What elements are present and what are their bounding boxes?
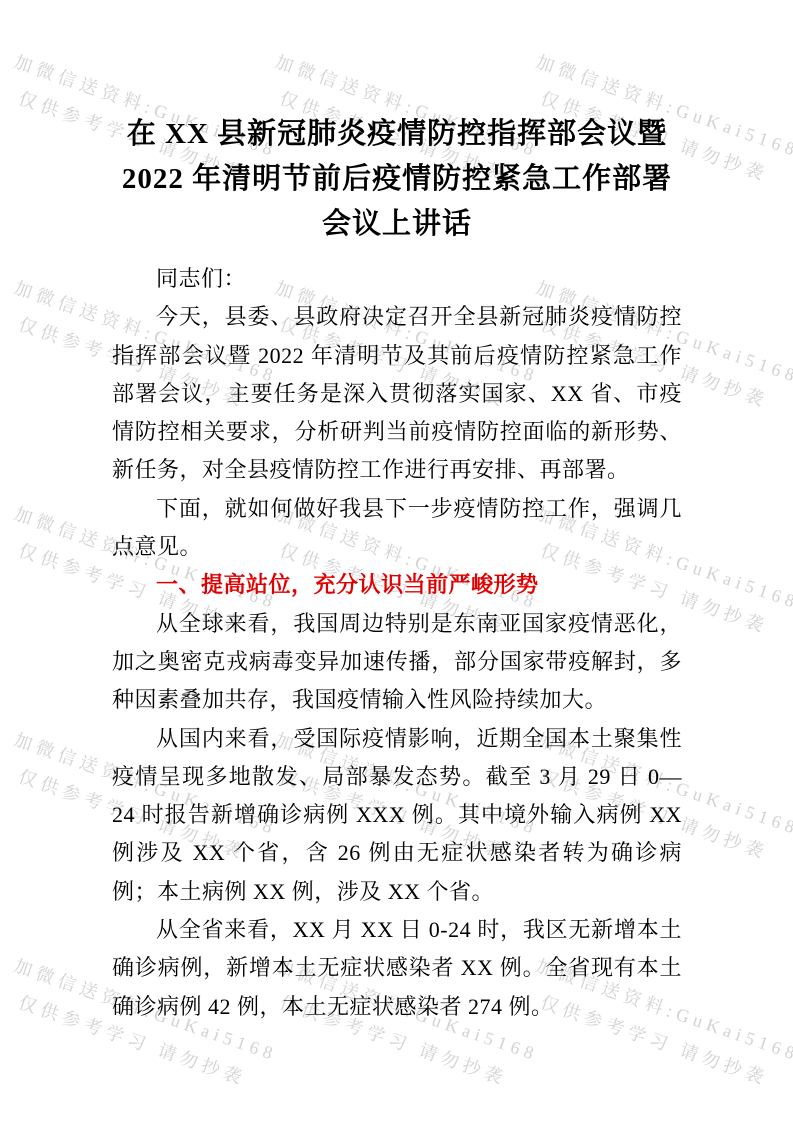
page-title: 在 XX 县新冠肺炎疫情防控指挥部会议暨 2022 年清明节前后疫情防控紧急工作… bbox=[112, 112, 682, 247]
section-heading: 一、提高站位，充分认识当前严峻形势 bbox=[112, 566, 682, 604]
paragraph: 从国内来看，受国际疫情影响，近期全国本土聚集性疫情呈现多地散发、局部暴发态势。截… bbox=[112, 720, 682, 911]
document-body: 同志们： 今天，县委、县政府决定召开全县新冠肺炎疫情防控指挥部会议暨 2022 … bbox=[112, 260, 682, 1026]
paragraph: 从全省来看，XX 月 XX 日 0-24 时，我区无新增本土确诊病例，新增本土无… bbox=[112, 911, 682, 1026]
paragraph: 今天，县委、县政府决定召开全县新冠肺炎疫情防控指挥部会议暨 2022 年清明节及… bbox=[112, 298, 682, 489]
document-content: 在 XX 县新冠肺炎疫情防控指挥部会议暨 2022 年清明节前后疫情防控紧急工作… bbox=[112, 0, 682, 1026]
paragraph: 下面，就如何做好我县下一步疫情防控工作，强调几点意见。 bbox=[112, 490, 682, 567]
document-page: 加微信送资料:GuKai5168仅供参考学习 请勿抄袭加微信送资料:GuKai5… bbox=[0, 0, 793, 1122]
title-line-1: 在 XX 县新冠肺炎疫情防控指挥部会议暨 bbox=[112, 112, 682, 157]
paragraph: 从全球来看，我国周边特别是东南亚国家疫情恶化，加之奥密克戎病毒变异加速传播，部分… bbox=[112, 605, 682, 720]
title-line-3: 会议上讲话 bbox=[112, 202, 682, 247]
title-line-2: 2022 年清明节前后疫情防控紧急工作部署 bbox=[112, 157, 682, 202]
salutation: 同志们： bbox=[112, 260, 682, 298]
